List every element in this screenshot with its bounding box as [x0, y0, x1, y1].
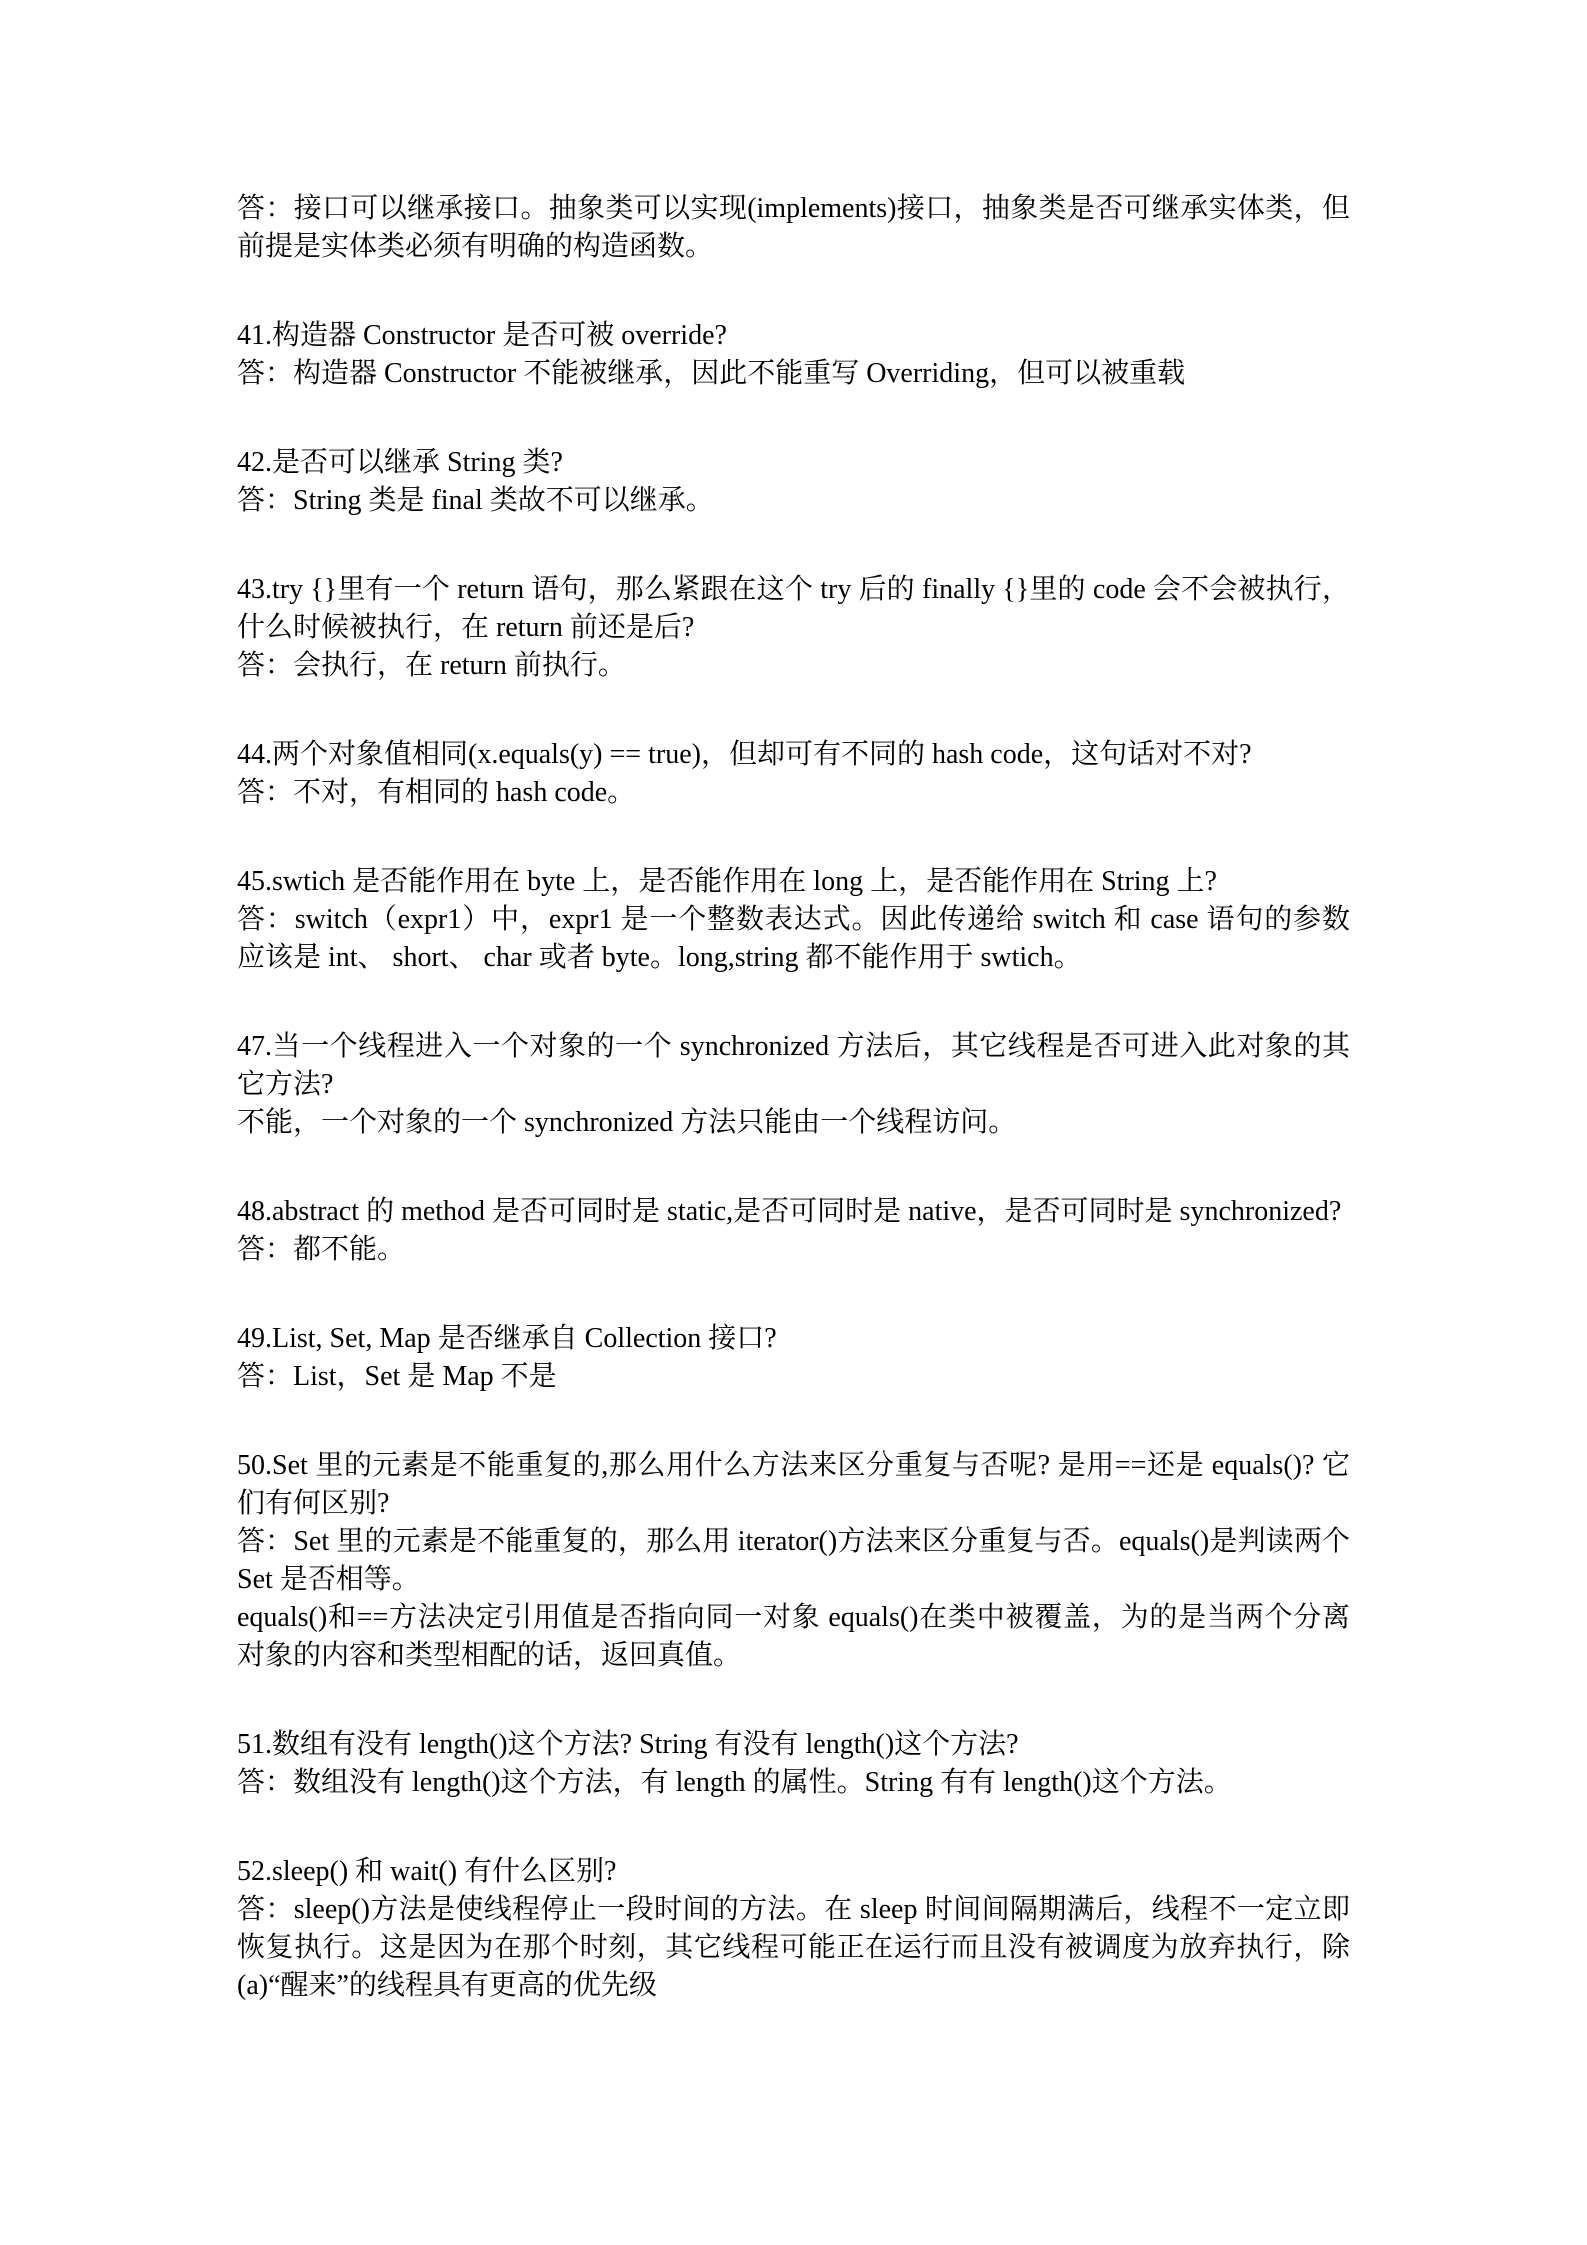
text-line: 答：都不能。 [237, 1231, 1350, 1269]
qa-block: 41.构造器 Constructor 是否可被 override?答：构造器 C… [237, 317, 1350, 393]
text-line: (a)“醒来”的线程具有更高的优先级 [237, 1967, 1350, 2005]
qa-block: 45.swtich 是否能作用在 byte 上，是否能作用在 long 上，是否… [237, 863, 1350, 977]
text-line: Set 是否相等。 [237, 1561, 1350, 1599]
qa-block: 答：接口可以继承接口。抽象类可以实现(implements)接口，抽象类是否可继… [237, 190, 1350, 266]
text-line: 答：接口可以继承接口。抽象类可以实现(implements)接口，抽象类是否可继… [237, 190, 1350, 228]
text-line: equals()和==方法决定引用值是否指向同一对象 equals()在类中被覆… [237, 1599, 1350, 1637]
qa-block: 51.数组有没有 length()这个方法? String 有没有 length… [237, 1726, 1350, 1802]
text-line: 45.swtich 是否能作用在 byte 上，是否能作用在 long 上，是否… [237, 863, 1350, 901]
qa-block: 44.两个对象值相同(x.equals(y) == true)，但却可有不同的 … [237, 736, 1350, 812]
qa-block: 47.当一个线程进入一个对象的一个 synchronized 方法后，其它线程是… [237, 1028, 1350, 1142]
text-line: 对象的内容和类型相配的话，返回真值。 [237, 1637, 1350, 1675]
text-line: 答：Set 里的元素是不能重复的，那么用 iterator()方法来区分重复与否… [237, 1523, 1350, 1561]
text-line: 49.List, Set, Map 是否继承自 Collection 接口? [237, 1320, 1350, 1358]
text-line: 答：switch（expr1）中，expr1 是一个整数表达式。因此传递给 sw… [237, 901, 1350, 939]
text-line: 前提是实体类必须有明确的构造函数。 [237, 228, 1350, 266]
qa-block: 52.sleep() 和 wait() 有什么区别?答：sleep()方法是使线… [237, 1853, 1350, 2005]
text-line: 51.数组有没有 length()这个方法? String 有没有 length… [237, 1726, 1350, 1764]
text-line: 48.abstract 的 method 是否可同时是 static,是否可同时… [237, 1193, 1350, 1231]
text-line: 42.是否可以继承 String 类? [237, 444, 1350, 482]
text-line: 答：不对，有相同的 hash code。 [237, 774, 1350, 812]
text-line: 答：会执行，在 return 前执行。 [237, 647, 1350, 685]
text-line: 它方法? [237, 1066, 1350, 1104]
text-line: 答：构造器 Constructor 不能被继承，因此不能重写 Overridin… [237, 355, 1350, 393]
document-body: 答：接口可以继承接口。抽象类可以实现(implements)接口，抽象类是否可继… [237, 190, 1350, 2005]
text-line: 50.Set 里的元素是不能重复的,那么用什么方法来区分重复与否呢? 是用==还… [237, 1447, 1350, 1485]
text-line: 什么时候被执行，在 return 前还是后? [237, 609, 1350, 647]
qa-block: 48.abstract 的 method 是否可同时是 static,是否可同时… [237, 1193, 1350, 1269]
text-line: 43.try {}里有一个 return 语句，那么紧跟在这个 try 后的 f… [237, 571, 1350, 609]
text-line: 答：String 类是 final 类故不可以继承。 [237, 482, 1350, 520]
text-line: 52.sleep() 和 wait() 有什么区别? [237, 1853, 1350, 1891]
document-page: 答：接口可以继承接口。抽象类可以实现(implements)接口，抽象类是否可继… [0, 0, 1587, 2245]
text-line: 答：数组没有 length()这个方法，有 length 的属性。String … [237, 1764, 1350, 1802]
text-line: 不能，一个对象的一个 synchronized 方法只能由一个线程访问。 [237, 1104, 1350, 1142]
text-line: 41.构造器 Constructor 是否可被 override? [237, 317, 1350, 355]
text-line: 答：List，Set 是 Map 不是 [237, 1358, 1350, 1396]
qa-block: 50.Set 里的元素是不能重复的,那么用什么方法来区分重复与否呢? 是用==还… [237, 1447, 1350, 1675]
text-line: 应该是 int、 short、 char 或者 byte。long,string… [237, 939, 1350, 977]
text-line: 47.当一个线程进入一个对象的一个 synchronized 方法后，其它线程是… [237, 1028, 1350, 1066]
qa-block: 43.try {}里有一个 return 语句，那么紧跟在这个 try 后的 f… [237, 571, 1350, 685]
text-line: 答：sleep()方法是使线程停止一段时间的方法。在 sleep 时间间隔期满后… [237, 1891, 1350, 1929]
text-line: 44.两个对象值相同(x.equals(y) == true)，但却可有不同的 … [237, 736, 1350, 774]
text-line: 们有何区别? [237, 1485, 1350, 1523]
qa-block: 49.List, Set, Map 是否继承自 Collection 接口?答：… [237, 1320, 1350, 1396]
text-line: 恢复执行。这是因为在那个时刻，其它线程可能正在运行而且没有被调度为放弃执行，除非 [237, 1929, 1350, 1967]
qa-block: 42.是否可以继承 String 类?答：String 类是 final 类故不… [237, 444, 1350, 520]
